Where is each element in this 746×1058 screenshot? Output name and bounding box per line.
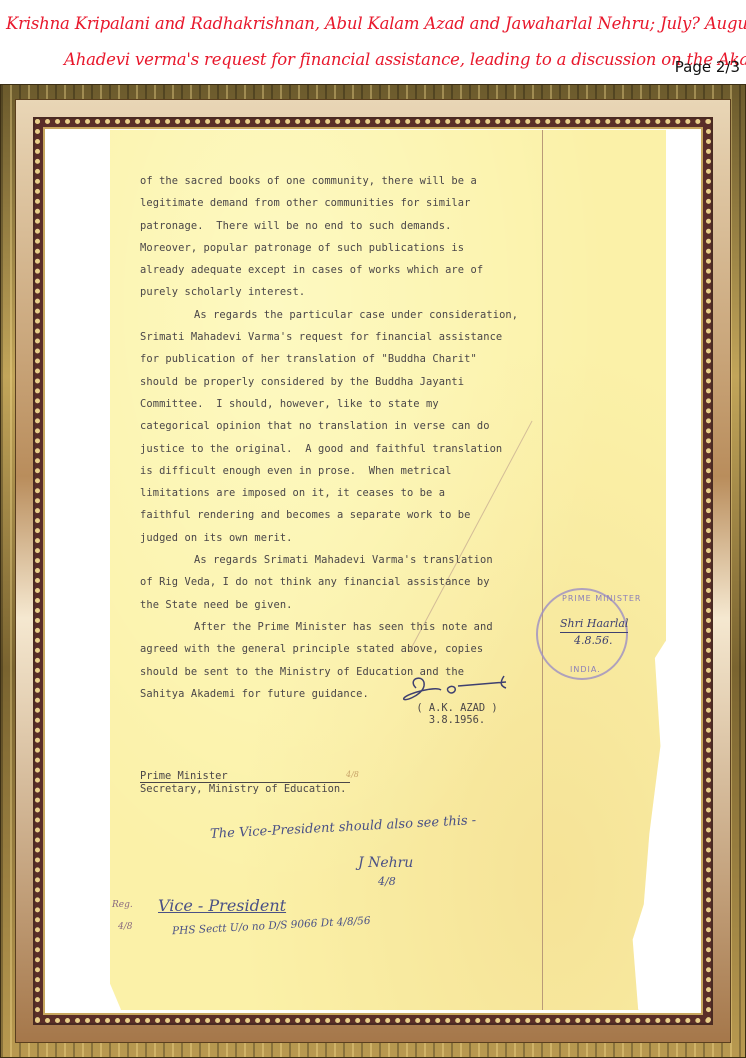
typed-line: faithful rendering and becomes a separat…	[140, 504, 560, 526]
margin-annotation-date: 4/8	[118, 922, 132, 932]
typed-line: the State need be given.	[140, 594, 560, 616]
typed-line: of Rig Veda, I do not think any financia…	[140, 571, 560, 593]
typed-line: As regards Srimati Mahadevi Varma's tran…	[140, 549, 560, 571]
typed-line: justice to the original. A good and fait…	[140, 438, 560, 460]
typed-line: for publication of her translation of "B…	[140, 348, 560, 370]
archival-document-page: of the sacred books of one community, th…	[110, 130, 666, 1010]
page-indicator: Page 2/3	[675, 58, 740, 76]
nehru-signature: J Nehru	[358, 855, 413, 871]
typed-line: legitimate demand from other communities…	[140, 192, 560, 214]
typed-line: limitations are imposed on it, it ceases…	[140, 482, 560, 504]
typed-line: Committee. I should, however, like to st…	[140, 393, 560, 415]
nehru-signature-date: 4/8	[378, 875, 396, 888]
typed-body: of the sacred books of one community, th…	[140, 170, 560, 705]
document-title-line-1: Krishna Kripalani and Radhakrishnan, Abu…	[6, 14, 746, 33]
typed-line: As regards the particular case under con…	[140, 304, 560, 326]
addressee-prime-minister: Prime Minister	[140, 770, 350, 783]
signatory-name: ( A.K. AZAD )	[392, 702, 522, 714]
typed-line: should be properly considered by the Bud…	[140, 371, 560, 393]
typed-line: judged on its own merit.	[140, 527, 560, 549]
document-title-line-2: Ahadevi verma's request for financial as…	[64, 50, 746, 69]
addressee-secretary: Secretary, Ministry of Education.	[140, 783, 350, 795]
stamp-bottom-text: INDIA.	[570, 665, 601, 674]
handwritten-note: The Vice-President should also see this …	[210, 813, 477, 842]
typed-line: is difficult enough even in prose. When …	[140, 460, 560, 482]
typed-line: Moreover, popular patronage of such publ…	[140, 237, 560, 259]
stamp-top-text: PRIME MINISTER	[562, 594, 641, 603]
typed-line: After the Prime Minister has seen this n…	[140, 616, 560, 638]
handwritten-vice-president: Vice - President	[158, 896, 286, 915]
stamp-handwriting: Shri Haarlal 4.8.56.	[560, 616, 628, 649]
pm-initial-mark: 4/8	[346, 770, 359, 779]
stamp-receiver: Shri Haarlal	[560, 616, 628, 632]
page-header: Krishna Kripalani and Radhakrishnan, Abu…	[0, 0, 746, 84]
typed-line: purely scholarly interest.	[140, 281, 560, 303]
typed-line: Srimati Mahadevi Varma's request for fin…	[140, 326, 560, 348]
typed-line: of the sacred books of one community, th…	[140, 170, 560, 192]
signature-date: 3.8.1956.	[392, 714, 522, 726]
handwritten-reference-number: PHS Sectt U/o no D/S 9066 Dt 4/8/56	[172, 915, 371, 937]
addressees: Prime Minister Secretary, Ministry of Ed…	[140, 770, 350, 795]
typed-line: patronage. There will be no end to such …	[140, 215, 560, 237]
margin-annotation: Reg.	[112, 900, 133, 910]
signature-block: ( A.K. AZAD ) 3.8.1956.	[392, 702, 522, 726]
stamp-date: 4.8.56.	[560, 632, 628, 649]
typed-line: categorical opinion that no translation …	[140, 415, 560, 437]
typed-line: agreed with the general principle stated…	[140, 638, 560, 660]
typed-line: already adequate except in cases of work…	[140, 259, 560, 281]
